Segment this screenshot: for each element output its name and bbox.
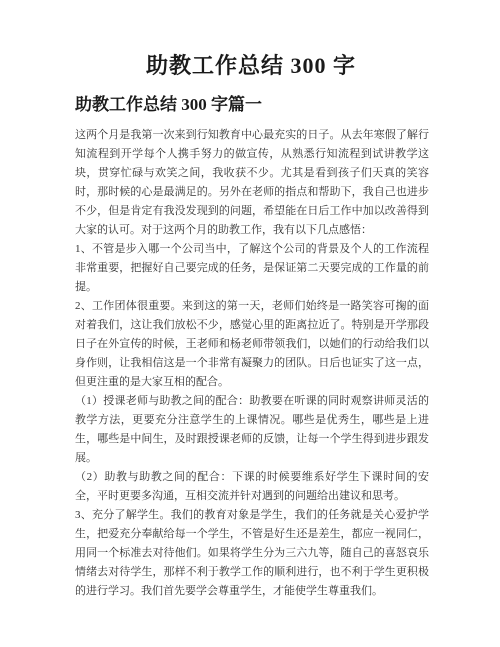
paragraph: 这两个月是我第一次来到行知教育中心最充实的日子。从去年寒假了解行知流程到开学每个… <box>75 126 429 240</box>
paragraph: 2、工作团体很重要。来到这的第一天，老师们始终是一路笑容可掬的面对着我们，这让我… <box>75 297 429 392</box>
document-title: 助教工作总结 300 字 <box>75 50 427 82</box>
body-paragraphs: 这两个月是我第一次来到行知教育中心最充实的日子。从去年寒假了解行知流程到开学每个… <box>75 126 429 601</box>
section-heading: 助教工作总结 300 字篇一 <box>75 93 427 117</box>
paragraph: （1）授课老师与助教之间的配合：助教要在听课的同时观察讲师灵活的教学方法，更要充… <box>75 392 429 468</box>
paragraph: （2）助教与助教之间的配合：下课的时候要维系好学生下课时间的安全，平时更要多沟通… <box>75 468 429 506</box>
document-page: 助教工作总结 300 字 助教工作总结 300 字篇一 这两个月是我第一次来到行… <box>0 0 500 647</box>
paragraph: 1、不管是步入哪一个公司当中，了解这个公司的背景及个人的工作流程非常重要，把握好… <box>75 240 429 297</box>
paragraph: 3、充分了解学生。我们的教育对象是学生，我们的任务就是关心爱护学生，把爱充分奉献… <box>75 506 429 601</box>
